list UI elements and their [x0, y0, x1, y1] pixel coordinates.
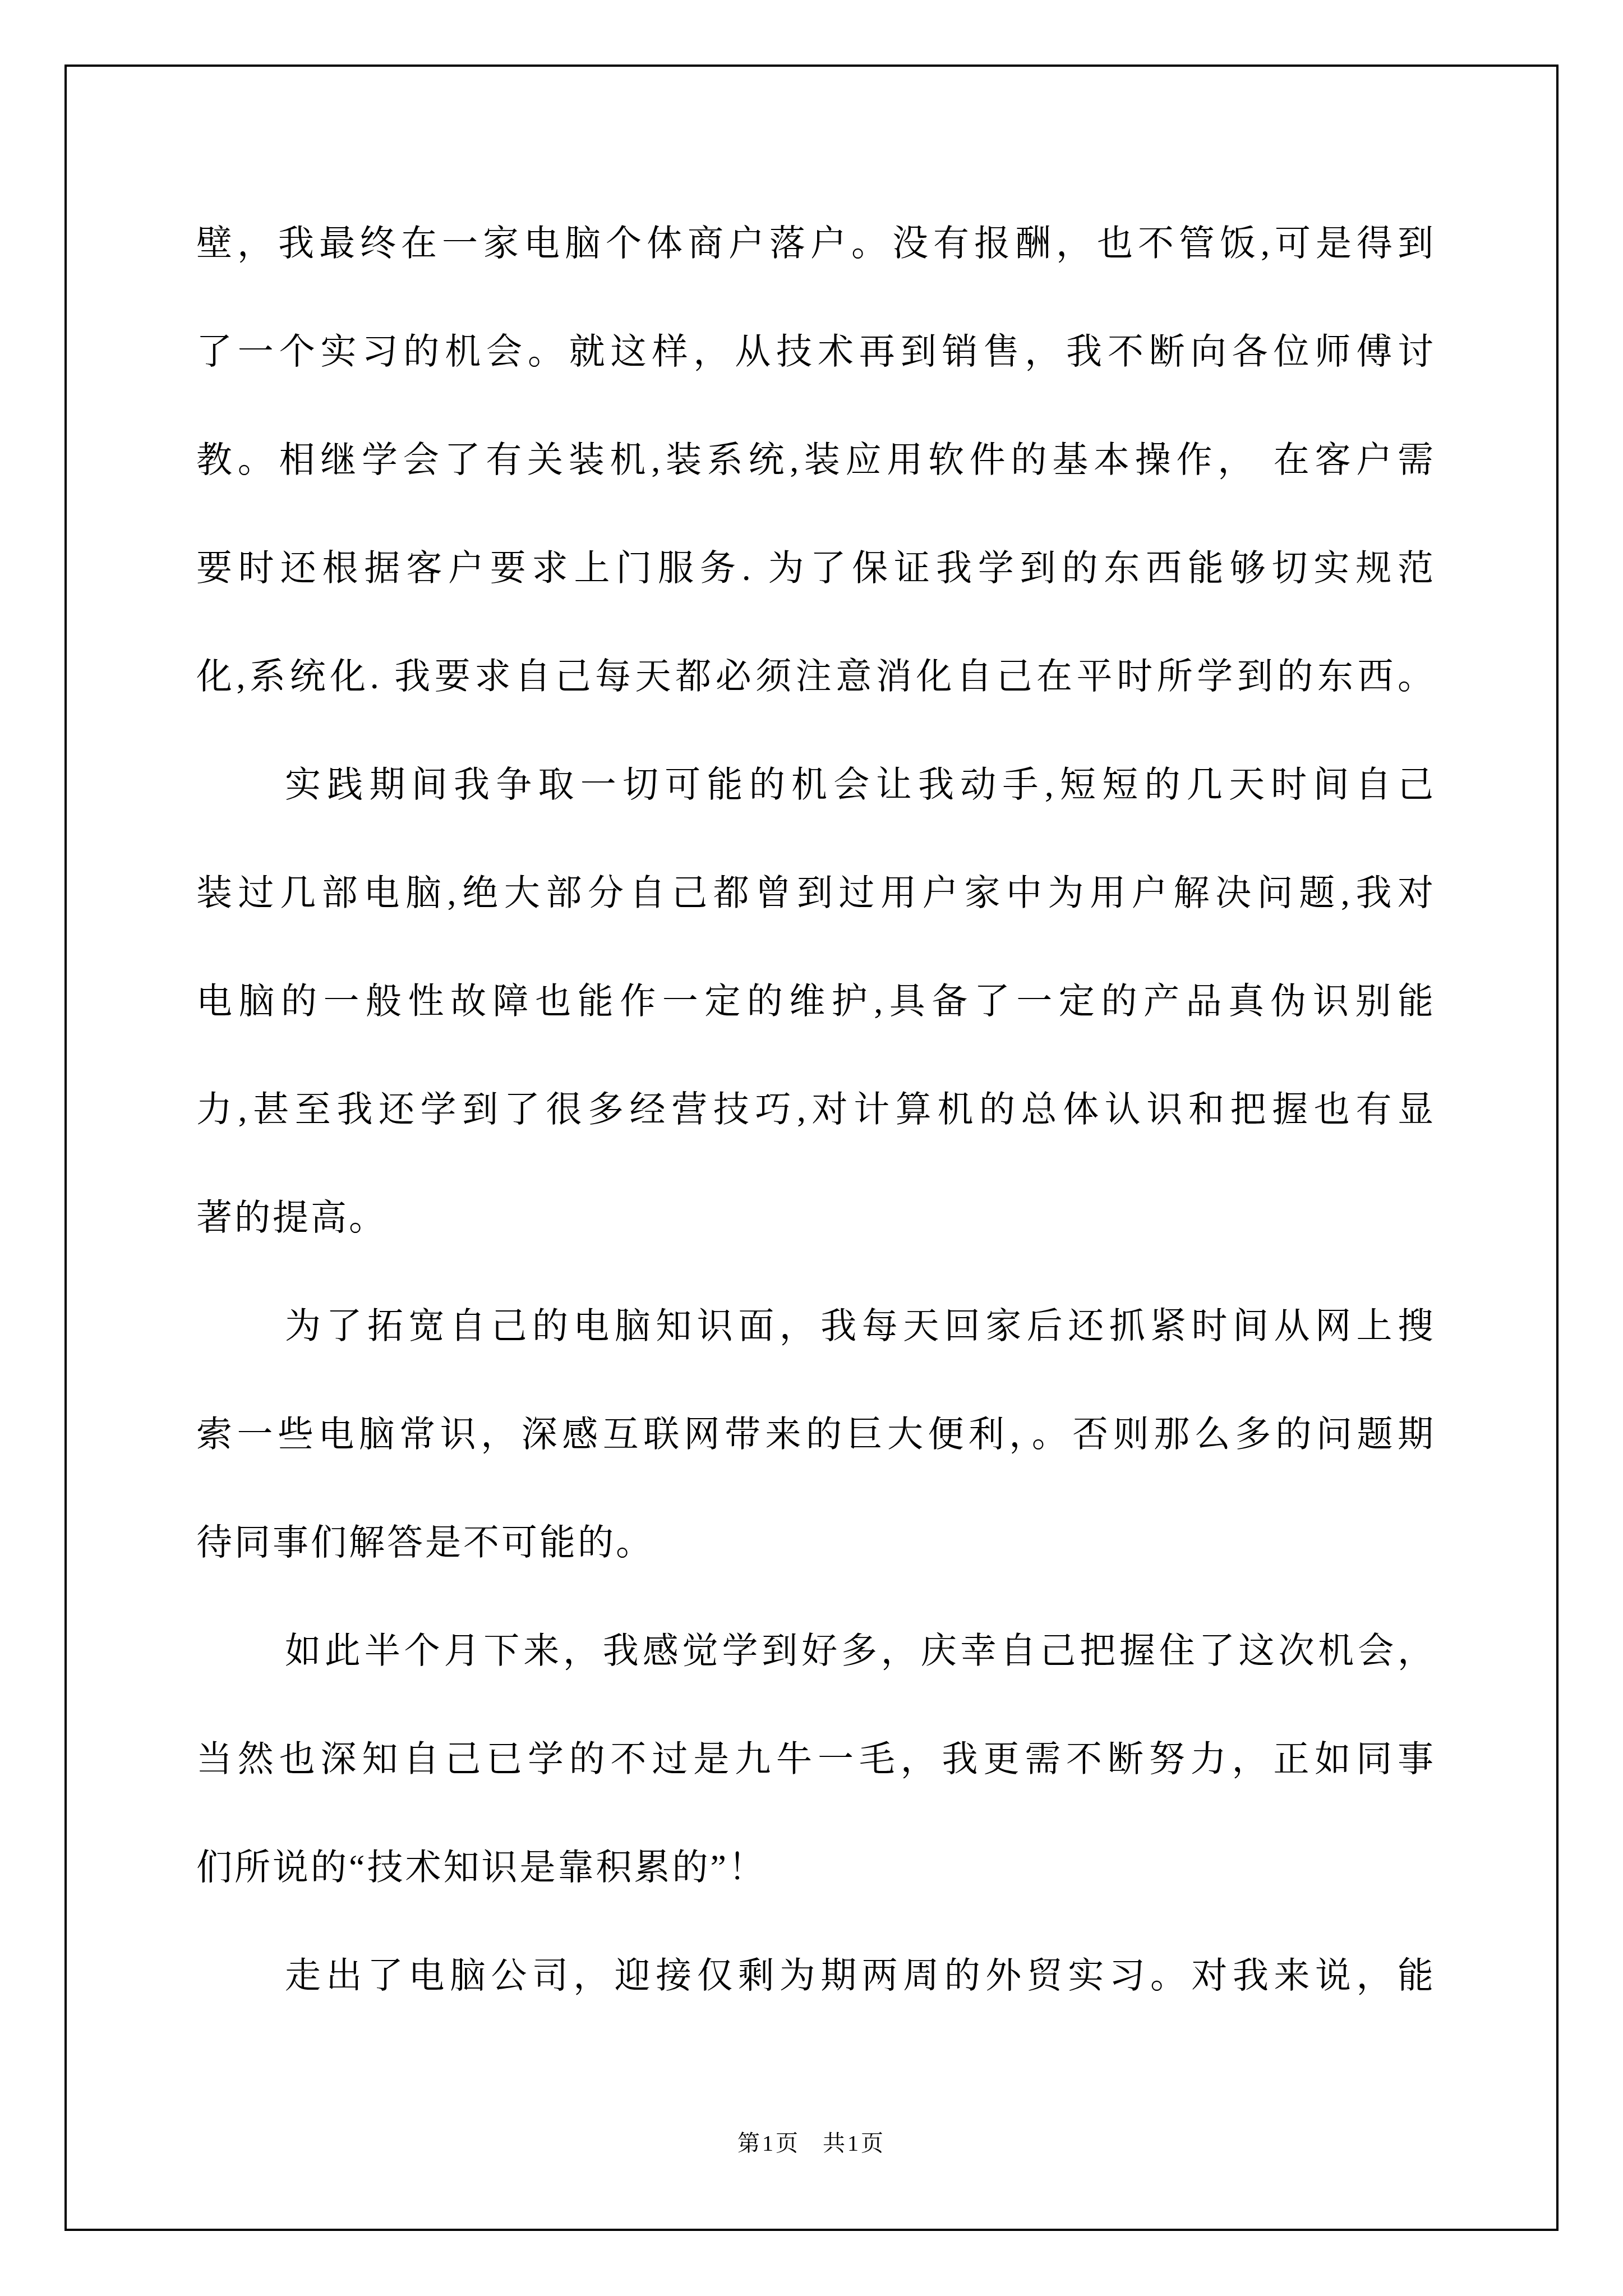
text-line: 索一些电脑常识，深感互联网带来的巨大便利，。否则那么多的问题期	[196, 1380, 1436, 1488]
document-body-text: 壁，我最终在一家电脑个体商户落户。没有报酬，也不管饭,可是得到 了一个实习的机会…	[196, 189, 1436, 2030]
text-line: 为了拓宽自己的电脑知识面，我每天回家后还抓紧时间从网上搜	[196, 1272, 1436, 1380]
text-line: 们所说的“技术知识是靠积累的”！	[196, 1813, 1436, 1921]
document-page: { "page": { "background": "#ffffff", "bo…	[0, 0, 1623, 2296]
text-line: 走出了电脑公司，迎接仅剩为期两周的外贸实习。对我来说，能	[196, 1921, 1436, 2030]
text-line: 要时还根据客户要求上门服务. 为了保证我学到的东西能够切实规范	[196, 514, 1436, 622]
text-line: 电脑的一般性故障也能作一定的维护,具备了一定的产品真伪识别能	[196, 947, 1436, 1055]
text-line: 壁，我最终在一家电脑个体商户落户。没有报酬，也不管饭,可是得到	[196, 189, 1436, 297]
text-line: 了一个实习的机会。就这样，从技术再到销售，我不断向各位师傅讨	[196, 297, 1436, 406]
page-number-footer: 第1页 共1页	[0, 2124, 1623, 2163]
text-line: 著的提高。	[196, 1163, 1436, 1272]
text-line: 当然也深知自己已学的不过是九牛一毛，我更需不断努力，正如同事	[196, 1705, 1436, 1813]
text-line: 待同事们解答是不可能的。	[196, 1488, 1436, 1596]
text-line: 如此半个月下来，我感觉学到好多，庆幸自己把握住了这次机会，	[196, 1596, 1436, 1705]
text-line: 力,甚至我还学到了很多经营技巧,对计算机的总体认识和把握也有显	[196, 1055, 1436, 1163]
text-line: 化,系统化. 我要求自己每天都必须注意消化自己在平时所学到的东西。	[196, 622, 1436, 730]
text-line: 实践期间我争取一切可能的机会让我动手,短短的几天时间自己	[196, 730, 1436, 839]
text-line: 装过几部电脑,绝大部分自己都曾到过用户家中为用户解决问题,我对	[196, 839, 1436, 947]
text-line: 教。相继学会了有关装机,装系统,装应用软件的基本操作， 在客户需	[196, 406, 1436, 514]
